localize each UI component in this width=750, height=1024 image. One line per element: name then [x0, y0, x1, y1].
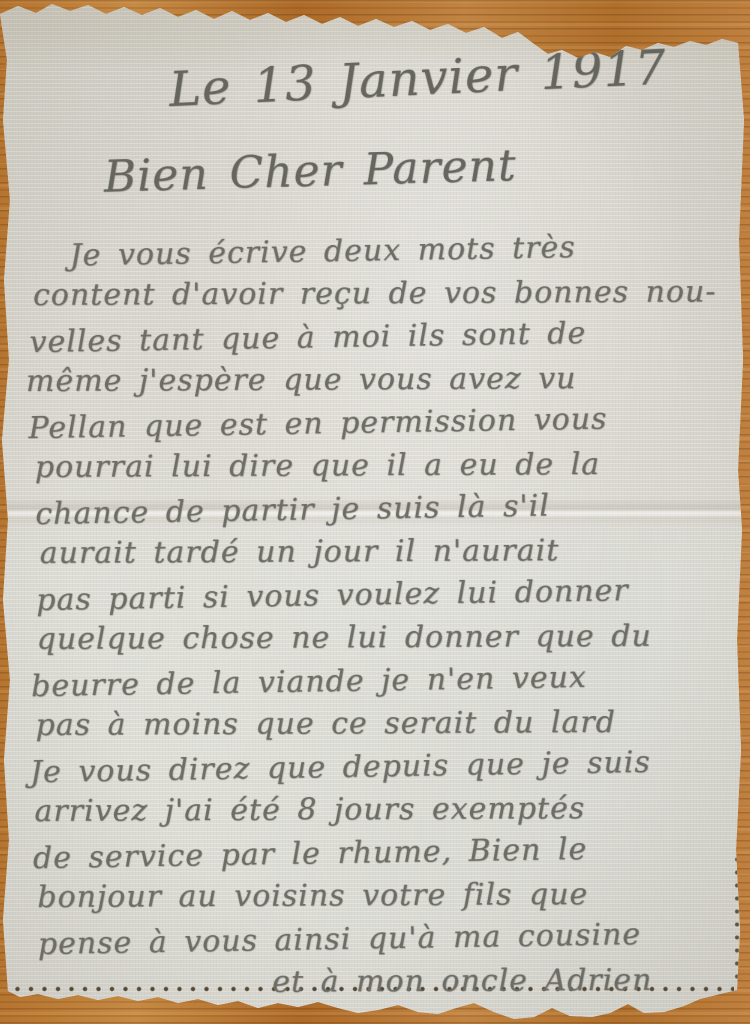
salutation: Bien Cher Parent [103, 140, 517, 203]
wood-table-background: Le 13 Janvier 1917 Bien Cher Parent Je v… [0, 0, 750, 1024]
letter-line: et à mon oncle Adrien [32, 958, 750, 1005]
letter-line: bonjour au voisins votre fils que [31, 872, 750, 919]
letter-text: Le 13 Janvier 1917 Bien Cher Parent Je v… [0, 0, 750, 1024]
letter-card: Le 13 Janvier 1917 Bien Cher Parent Je v… [0, 0, 750, 1024]
date-line: Le 13 Janvier 1917 [168, 40, 668, 119]
letter-body: Je vous écrive deux mots trèscontent d'a… [24, 225, 750, 1007]
